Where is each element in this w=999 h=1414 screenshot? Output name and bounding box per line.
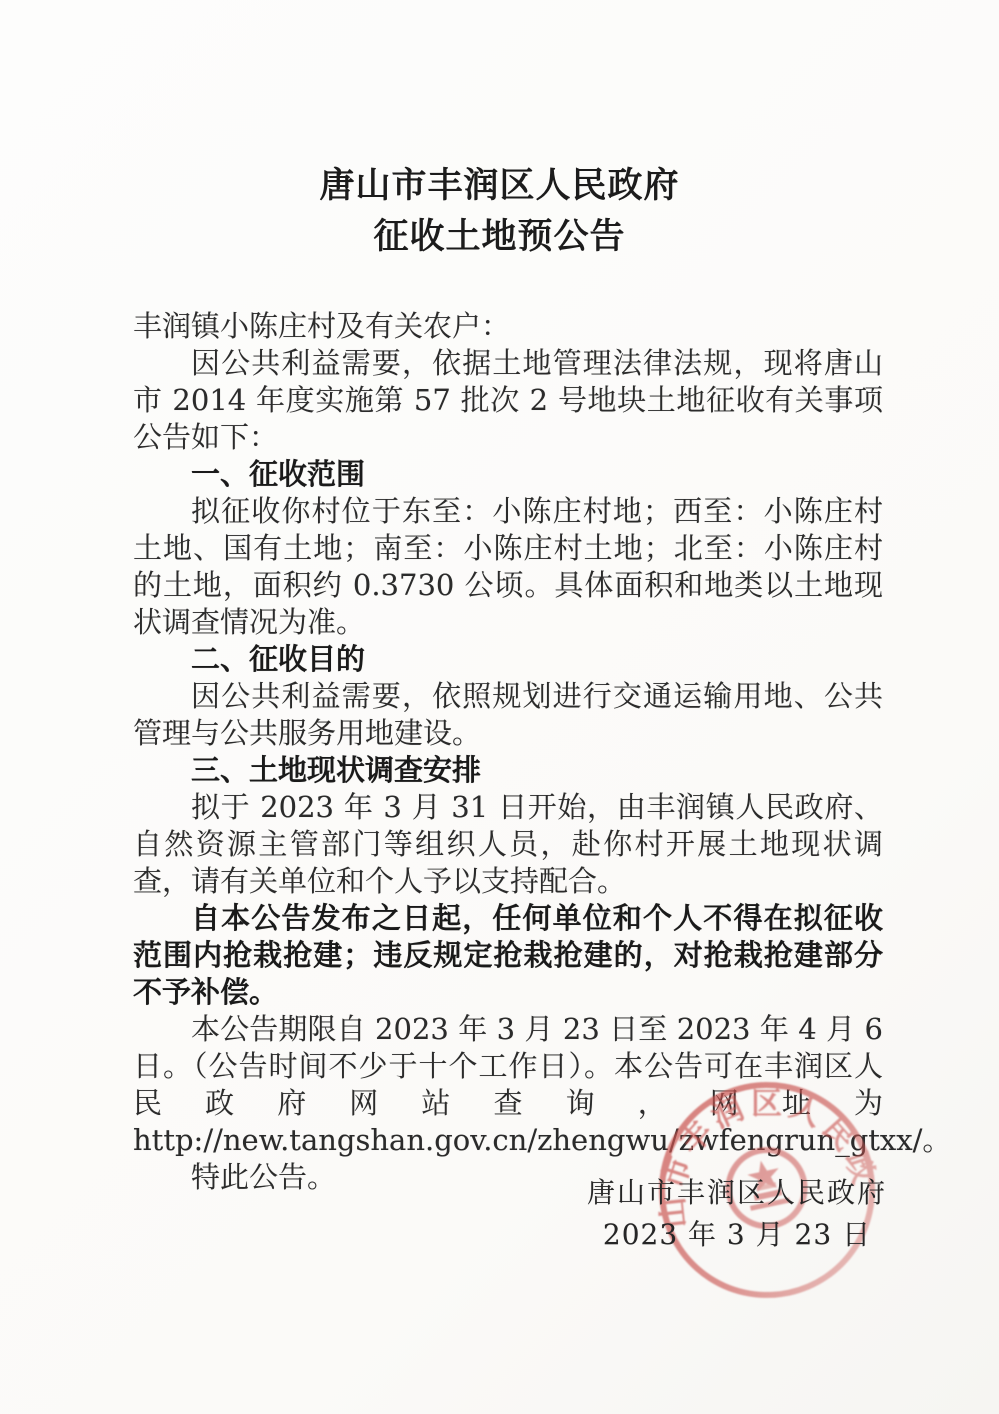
- doc-title: 唐山市丰润区人民政府 征收土地预公告: [0, 160, 999, 262]
- doc-title-line2: 征收土地预公告: [0, 211, 999, 262]
- doc-body: 丰润镇小陈庄村及有关农户： 因公共利益需要，依据土地管理法律法规，现将唐山市 2…: [133, 308, 883, 1196]
- section-2-body: 因公共利益需要，依照规划进行交通运输用地、公共管理与公共服务用地建设。: [133, 678, 883, 752]
- validity-paragraph: 本公告期限自 2023 年 3 月 23 日至 2023 年 4 月 6 日。（…: [133, 1011, 883, 1159]
- warning-paragraph: 自本公告发布之日起，任何单位和个人不得在拟征收范围内抢栽抢建；违反规定抢栽抢建的…: [133, 900, 883, 1011]
- intro-paragraph: 因公共利益需要，依据土地管理法律法规，现将唐山市 2014 年度实施第 57 批…: [133, 345, 883, 456]
- section-1-body: 拟征收你村位于东至：小陈庄村地；西至：小陈庄村土地、国有土地；南至：小陈庄村土地…: [133, 493, 883, 641]
- section-1-heading: 一、征收范围: [133, 456, 883, 493]
- signature-block: 唐山市丰润区人民政府 2023 年 3 月 23 日: [587, 1172, 887, 1256]
- document-page: 唐山市丰润区人民政府 征收土地预公告 丰润镇小陈庄村及有关农户： 因公共利益需要…: [0, 0, 999, 1414]
- signature-date: 2023 年 3 月 23 日: [587, 1214, 887, 1256]
- section-3-heading: 三、土地现状调查安排: [133, 752, 883, 789]
- doc-title-line1: 唐山市丰润区人民政府: [0, 160, 999, 211]
- section-2-heading: 二、征收目的: [133, 641, 883, 678]
- salutation: 丰润镇小陈庄村及有关农户：: [133, 308, 883, 345]
- signature-agency: 唐山市丰润区人民政府: [587, 1172, 887, 1214]
- section-3-body: 拟于 2023 年 3 月 31 日开始，由丰润镇人民政府、自然资源主管部门等组…: [133, 789, 883, 900]
